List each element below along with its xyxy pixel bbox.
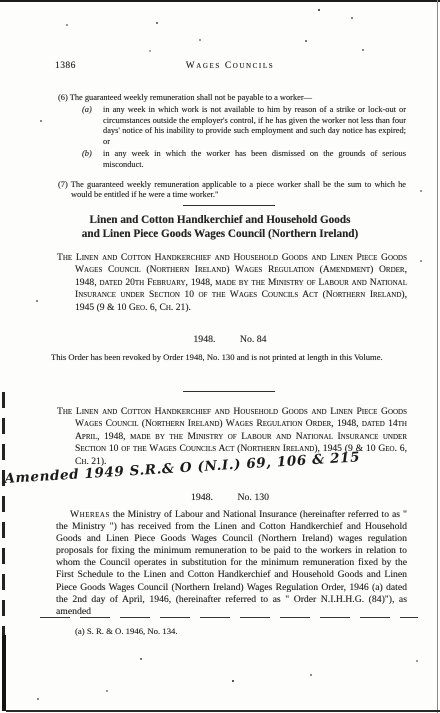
council-heading-line2: and Linen Piece Goods Wages Council (Nor… (30, 228, 410, 242)
council-heading: Linen and Cotton Handkerchief and Househ… (30, 214, 410, 241)
amendment-order-title: The Linen and Cotton Handkerchief and Ho… (57, 252, 407, 314)
clause-6b-text: in any week in which the worker has been… (103, 149, 406, 171)
scan-edge-left-lower (2, 635, 6, 711)
footnote: (a) S. R. & O. 1946, No. 134. (75, 626, 178, 636)
amendment-order-year: 1948. (193, 334, 215, 345)
council-heading-line1: Linen and Cotton Handkerchief and Househ… (30, 214, 410, 228)
whereas-paragraph: Whereas the Ministry of Labour and Natio… (56, 509, 407, 618)
scan-edge-bottom (6, 710, 440, 712)
running-head: Wages Councils (55, 61, 405, 71)
whereas-lead-word: Whereas (70, 509, 110, 520)
clause-6a-label: (a) (82, 105, 103, 148)
whereas-text: the Ministry of Labour and National Insu… (56, 509, 407, 617)
clause-6a-text: in any week in which work is not availab… (103, 105, 406, 148)
regulation-order-year: 1948. (191, 492, 213, 503)
clause-6b: (b) in any week in which the worker has … (82, 149, 406, 171)
clause-6-intro: (6) The guaranteed weekly remuneration s… (58, 93, 406, 104)
clause-6b-label: (b) (82, 149, 103, 171)
scanned-document-page: 1386 Wages Councils (6) The guaranteed w… (0, 0, 440, 713)
section-divider (183, 391, 275, 392)
revocation-note: This Order has been revoked by Order 194… (42, 352, 414, 363)
footnote-separator (40, 617, 418, 618)
clause-6a: (a) in any week in which work is not ava… (82, 105, 406, 148)
regulation-order-citation: 1948. No. 130 (55, 492, 405, 503)
clause-7: (7) The guaranteed weekly remuneration a… (58, 180, 406, 202)
prior-order-excerpt: (6) The guaranteed weekly remuneration s… (58, 93, 406, 201)
amendment-order-number: No. 84 (240, 334, 267, 345)
scan-edge-right (437, 0, 438, 713)
regulation-order-number: No. 130 (237, 492, 269, 503)
scan-edge-top (0, 0, 440, 2)
page-header: 1386 Wages Councils (55, 60, 405, 74)
scan-noise-specks (0, 0, 2, 2)
section-divider (183, 205, 275, 206)
amendment-order-citation: 1948. No. 84 (55, 334, 405, 345)
